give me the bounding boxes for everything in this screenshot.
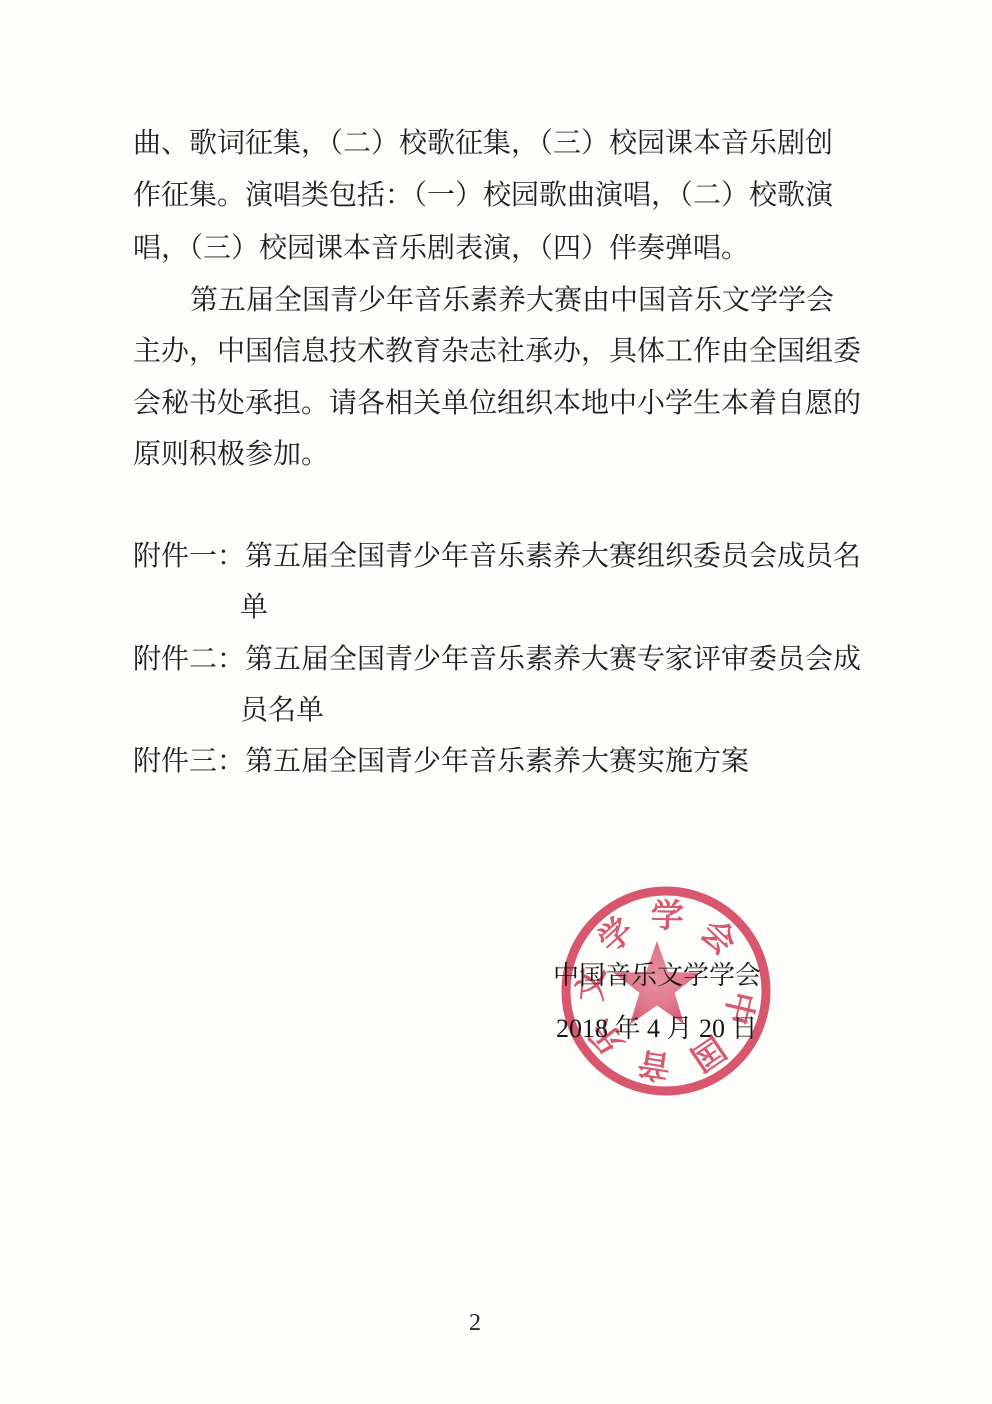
body-line: 曲、歌词征集，（二）校歌征集，（三）校园课本音乐剧创	[133, 130, 833, 158]
signature-date: 2018 年 4 月 20 日	[556, 1016, 758, 1042]
attachment-line-1: 附件一：第五届全国青少年音乐素养大赛组织委员会成员名	[133, 543, 861, 571]
signature-organization: 中国音乐文学学会	[553, 963, 761, 989]
body-line: 主办，中国信息技术教育杂志社承办，具体工作由全国组委	[133, 338, 861, 366]
official-seal-stamp: 中 国 音 乐 文 学 学 会	[556, 881, 778, 1103]
body-line: 唱，（三）校园课本音乐剧表演，（四）伴奏弹唱。	[133, 235, 749, 263]
body-line-indented: 第五届全国青少年音乐素养大赛由中国音乐文学学会	[190, 287, 834, 315]
seal-ring-char: 音	[635, 1044, 673, 1086]
attachment-line-1-continuation: 单	[240, 594, 268, 622]
attachment-line-3: 附件三：第五届全国青少年音乐素养大赛实施方案	[133, 748, 749, 776]
body-line: 原则积极参加。	[133, 441, 329, 469]
body-line: 作征集。演唱类包括：（一）校园歌曲演唱，（二）校歌演	[133, 182, 833, 210]
body-line: 会秘书处承担。请各相关单位组织本地中小学生本着自愿的	[133, 390, 861, 418]
attachment-line-2-continuation: 员名单	[240, 697, 324, 725]
attachment-line-2: 附件二：第五届全国青少年音乐素养大赛专家评审委员会成	[133, 646, 861, 674]
seal-ring-char: 学	[650, 898, 684, 936]
document-page: 曲、歌词征集，（二）校歌征集，（三）校园课本音乐剧创 作征集。演唱类包括：（一）…	[0, 0, 992, 1404]
page-number: 2	[469, 1311, 481, 1335]
